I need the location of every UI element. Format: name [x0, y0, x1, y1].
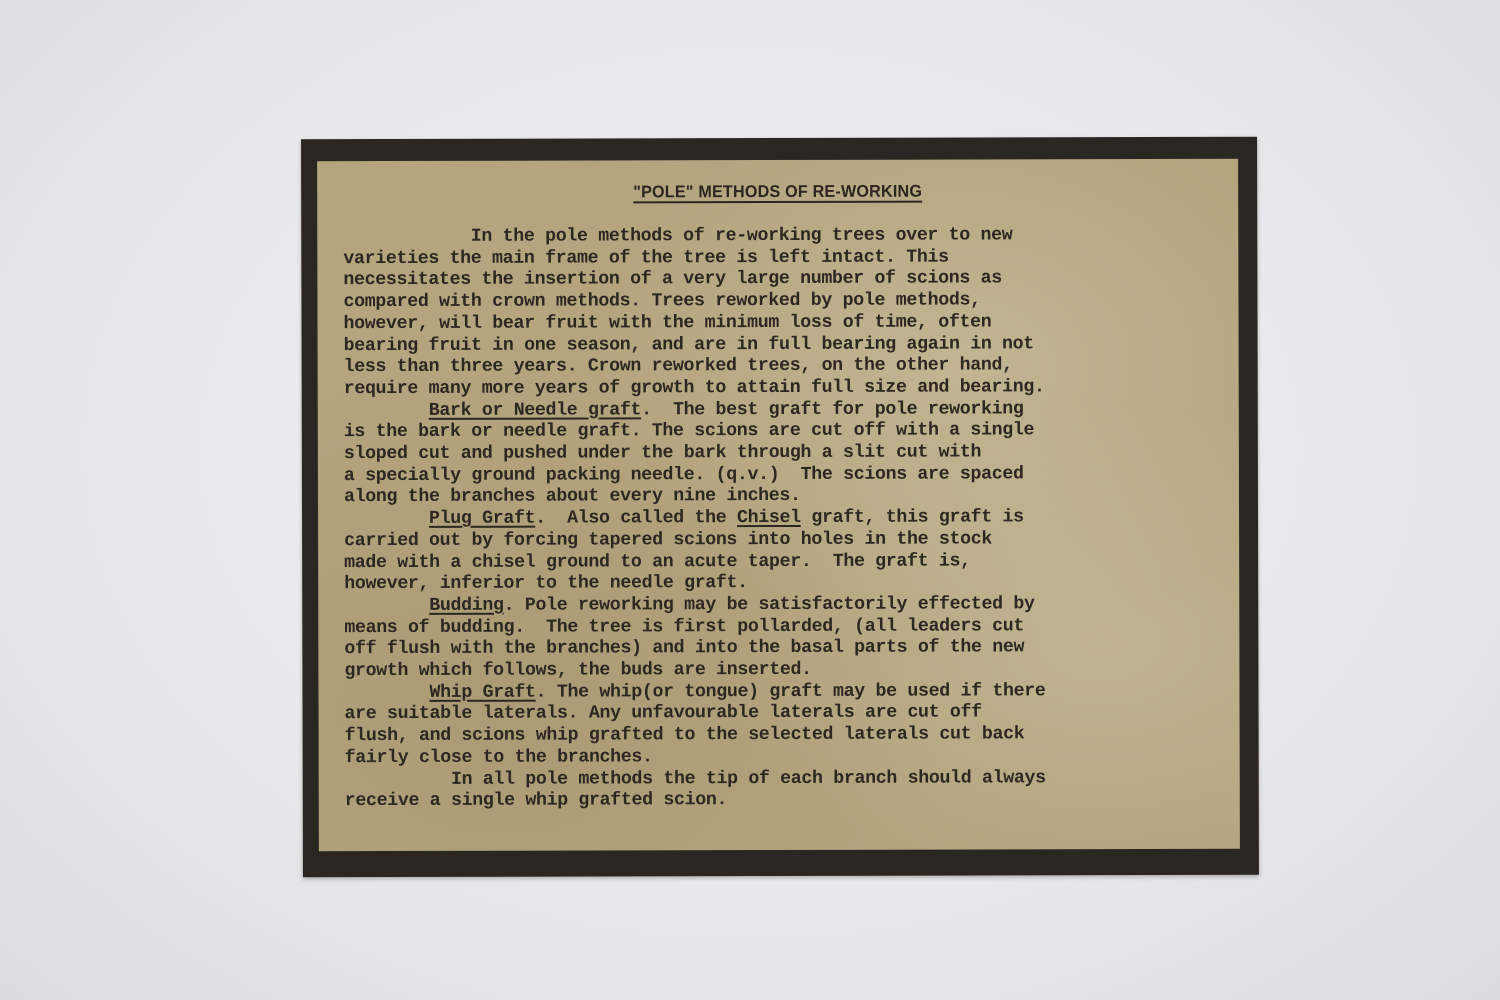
text-line: require many more years of growth to att… — [344, 377, 1224, 401]
text-run: require many more years of growth to att… — [344, 377, 1045, 399]
text-run: . Also called the — [535, 508, 737, 529]
text-line: bearing fruit in one season, and are in … — [344, 333, 1224, 357]
text-run: In the pole methods of re-working trees … — [471, 225, 1013, 246]
text-line: carried out by forcing tapered scions in… — [344, 529, 1224, 553]
text-line: however, will bear fruit with the minimu… — [343, 312, 1223, 336]
text-line: In the pole methods of re-working trees … — [343, 225, 1223, 249]
text-run: however, will bear fruit with the minimu… — [343, 312, 991, 334]
text-line: are suitable laterals. Any unfavourable … — [345, 702, 1225, 726]
text-line: off flush with the branches) and into th… — [344, 637, 1224, 661]
text-line: Budding. Pole reworking may be satisfact… — [344, 594, 1224, 618]
text-line: fairly close to the branches. — [345, 746, 1225, 770]
text-run: however, inferior to the needle graft. — [344, 573, 748, 594]
text-line: compared with crown methods. Trees rewor… — [343, 290, 1223, 314]
text-line: a specially ground packing needle. (q.v.… — [344, 464, 1224, 488]
text-run: carried out by forcing tapered scions in… — [344, 529, 992, 551]
text-run: varieties the main frame of the tree is … — [343, 247, 948, 269]
text-line: receive a single whip grafted scion. — [345, 789, 1225, 813]
mounting-board: "POLE" METHODS OF RE-WORKING In the pole… — [301, 137, 1259, 878]
text-line: flush, and scions whip grafted to the se… — [345, 724, 1225, 748]
document-title-text: "POLE" METHODS OF RE-WORKING — [633, 182, 922, 202]
text-line: however, inferior to the needle graft. — [344, 572, 1224, 596]
text-run: bearing fruit in one season, and are in … — [344, 334, 1034, 356]
text-line: In all pole methods the tip of each bran… — [345, 767, 1225, 791]
text-line: is the bark or needle graft. The scions … — [344, 420, 1224, 444]
section-heading: Bark or Needle graft — [429, 400, 641, 421]
text-run: compared with crown methods. Trees rewor… — [343, 291, 980, 313]
text-run: graft, this graft is — [801, 508, 1024, 529]
text-run: a specially ground packing needle. (q.v.… — [344, 464, 1024, 486]
text-run: is the bark or needle graft. The scions … — [344, 421, 1034, 443]
text-run: . The whip(or tongue) graft may be used … — [536, 681, 1046, 702]
text-line: growth which follows, the buds are inser… — [344, 659, 1224, 683]
section-heading: Plug Graft — [429, 509, 535, 529]
text-run: less than three years. Crown reworked tr… — [344, 356, 1013, 378]
section-heading: Chisel — [737, 508, 801, 528]
text-run: means of budding. The tree is first poll… — [344, 616, 1024, 638]
text-run: off flush with the branches) and into th… — [344, 638, 1024, 660]
section-heading: Whip Graft — [429, 682, 535, 702]
document-title: "POLE" METHODS OF RE-WORKING — [340, 181, 1215, 203]
text-run: flush, and scions whip grafted to the se… — [345, 725, 1025, 747]
text-run: . Pole reworking may be satisfactorily e… — [504, 594, 1035, 615]
text-run: are suitable laterals. Any unfavourable … — [345, 703, 982, 725]
document-body: In the pole methods of re-working trees … — [343, 225, 1225, 813]
typed-paper-sheet: "POLE" METHODS OF RE-WORKING In the pole… — [317, 159, 1240, 851]
text-line: varieties the main frame of the tree is … — [343, 247, 1223, 271]
text-line: along the branches about every nine inch… — [344, 485, 1224, 509]
text-run: fairly close to the branches. — [345, 747, 653, 768]
text-run: along the branches about every nine inch… — [344, 486, 801, 507]
section-heading: Budding — [429, 596, 503, 616]
text-run: made with a chisel ground to an acute ta… — [344, 551, 971, 573]
text-line: sloped cut and pushed under the bark thr… — [344, 442, 1224, 466]
text-line: means of budding. The tree is first poll… — [344, 615, 1224, 639]
text-line: less than three years. Crown reworked tr… — [344, 355, 1224, 379]
text-run: sloped cut and pushed under the bark thr… — [344, 443, 981, 465]
text-line: made with a chisel ground to an acute ta… — [344, 550, 1224, 574]
text-run: In all pole methods the tip of each bran… — [451, 768, 1046, 790]
text-run: necessitates the insertion of a very lar… — [343, 269, 1002, 291]
text-line: Whip Graft. The whip(or tongue) graft ma… — [344, 681, 1224, 705]
text-line: Plug Graft. Also called the Chisel graft… — [344, 507, 1224, 531]
text-line: Bark or Needle graft. The best graft for… — [344, 398, 1224, 422]
text-run: growth which follows, the buds are inser… — [344, 660, 811, 681]
text-run: receive a single whip grafted scion. — [345, 790, 727, 811]
text-run: . The best graft for pole reworking — [641, 399, 1023, 420]
text-line: necessitates the insertion of a very lar… — [343, 268, 1223, 292]
